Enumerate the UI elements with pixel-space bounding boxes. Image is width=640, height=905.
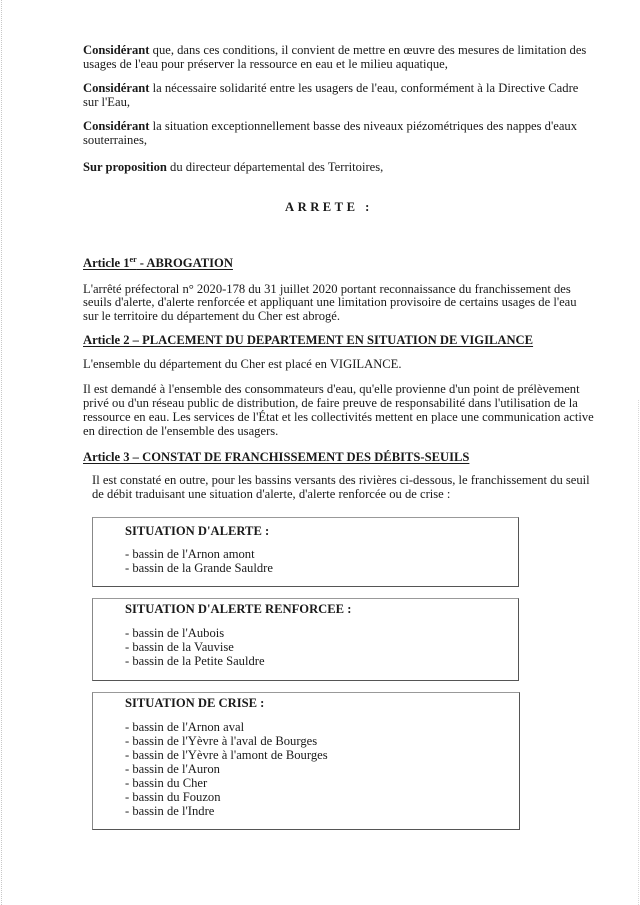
situation-alerte-renforcee-title: SITUATION D'ALERTE RENFORCEE : [125,602,351,617]
article-3-intro-line-2: de débit traduisant une situation d'aler… [92,487,450,501]
considerant-lead: Considérant [83,119,149,133]
arrete-title: ARRETE : [285,200,373,214]
situation-crise-item: - bassin de l'Auron [125,762,220,777]
article-2-para-2-line-4: en direction de l'ensemble des usagers. [83,424,278,438]
proposition-lead: Sur proposition [83,160,167,174]
article-1-line-3: sur le territoire du département du Cher… [83,309,340,323]
considerant-1-line-2: usages de l'eau pour préserver la ressou… [83,57,448,71]
situation-alerte-item: - bassin de la Grande Sauldre [125,561,273,576]
situation-crise-item: - bassin du Fouzon [125,790,221,805]
article-2-heading: Article 2 – PLACEMENT DU DEPARTEMENT EN … [83,333,533,347]
considerant-2-line-2: sur l'Eau, [83,95,130,109]
scan-edge-right [638,400,639,905]
article-2-para-2-line-2: privé ou d'un réseau public de distribut… [83,396,550,410]
situation-alerte-box: SITUATION D'ALERTE : - bassin de l'Arnon… [92,517,519,587]
situation-alerte-renforcee-box: SITUATION D'ALERTE RENFORCEE : - bassin … [92,598,519,681]
article-1-heading-suffix: - ABROGATION [137,256,233,270]
situation-crise-title: SITUATION DE CRISE : [125,696,264,711]
situation-crise-item: - bassin de l'Yèvre à l'aval de Bourges [125,734,317,749]
situation-crise-item: - bassin de l'Arnon aval [125,720,244,735]
situation-alerte-renforcee-item: - bassin de l'Aubois [125,626,224,641]
situation-crise-item: - bassin de l'Indre [125,804,214,819]
situation-crise-item: - bassin de l'Yèvre à l'amont de Bourges [125,748,328,763]
article-3-intro-line-1: Il est constaté en outre, pour les bassi… [92,473,550,487]
scan-edge-left [1,0,2,905]
article-2-para-2-line-3: ressource en eau. Les services de l'État… [83,410,550,424]
considerant-3-line-2: souterraines, [83,133,147,147]
situation-crise-box: SITUATION DE CRISE : - bassin de l'Arnon… [92,692,520,830]
considerant-text: que, dans ces conditions, il convient de… [153,43,587,57]
article-3-heading: Article 3 – CONSTAT DE FRANCHISSEMENT DE… [83,450,469,464]
article-1-heading: Article 1er - ABROGATION [83,256,233,270]
considerant-text: la nécessaire solidarité entre les usage… [153,81,579,95]
article-1-line-2: seuils d'alerte, d'alerte renforcée et a… [83,295,550,309]
article-1-heading-sup: er [130,255,137,264]
proposition: Sur proposition du directeur département… [83,160,383,174]
situation-alerte-renforcee-item: - bassin de la Vauvise [125,640,234,655]
situation-alerte-title: SITUATION D'ALERTE : [125,524,269,539]
article-1-line-1: L'arrêté préfectoral n° 2020-178 du 31 j… [83,282,550,296]
article-2-para-2-line-1: Il est demandé à l'ensemble des consomma… [83,382,550,396]
situation-alerte-renforcee-item: - bassin de la Petite Sauldre [125,654,265,669]
considerant-3-line-1: Considérant la situation exceptionnellem… [83,119,550,133]
considerant-2-line-1: Considérant la nécessaire solidarité ent… [83,81,550,95]
article-2-para-1: L'ensemble du département du Cher est pl… [83,357,402,371]
proposition-text: du directeur départemental des Territoir… [170,160,383,174]
considerant-1-line-1: Considérant que, dans ces conditions, il… [83,43,550,57]
situation-alerte-item: - bassin de l'Arnon amont [125,547,255,562]
considerant-text: la situation exceptionnellement basse de… [153,119,577,133]
situation-crise-item: - bassin du Cher [125,776,207,791]
article-1-heading-prefix: Article 1 [83,256,130,270]
considerant-lead: Considérant [83,81,149,95]
considerant-lead: Considérant [83,43,149,57]
